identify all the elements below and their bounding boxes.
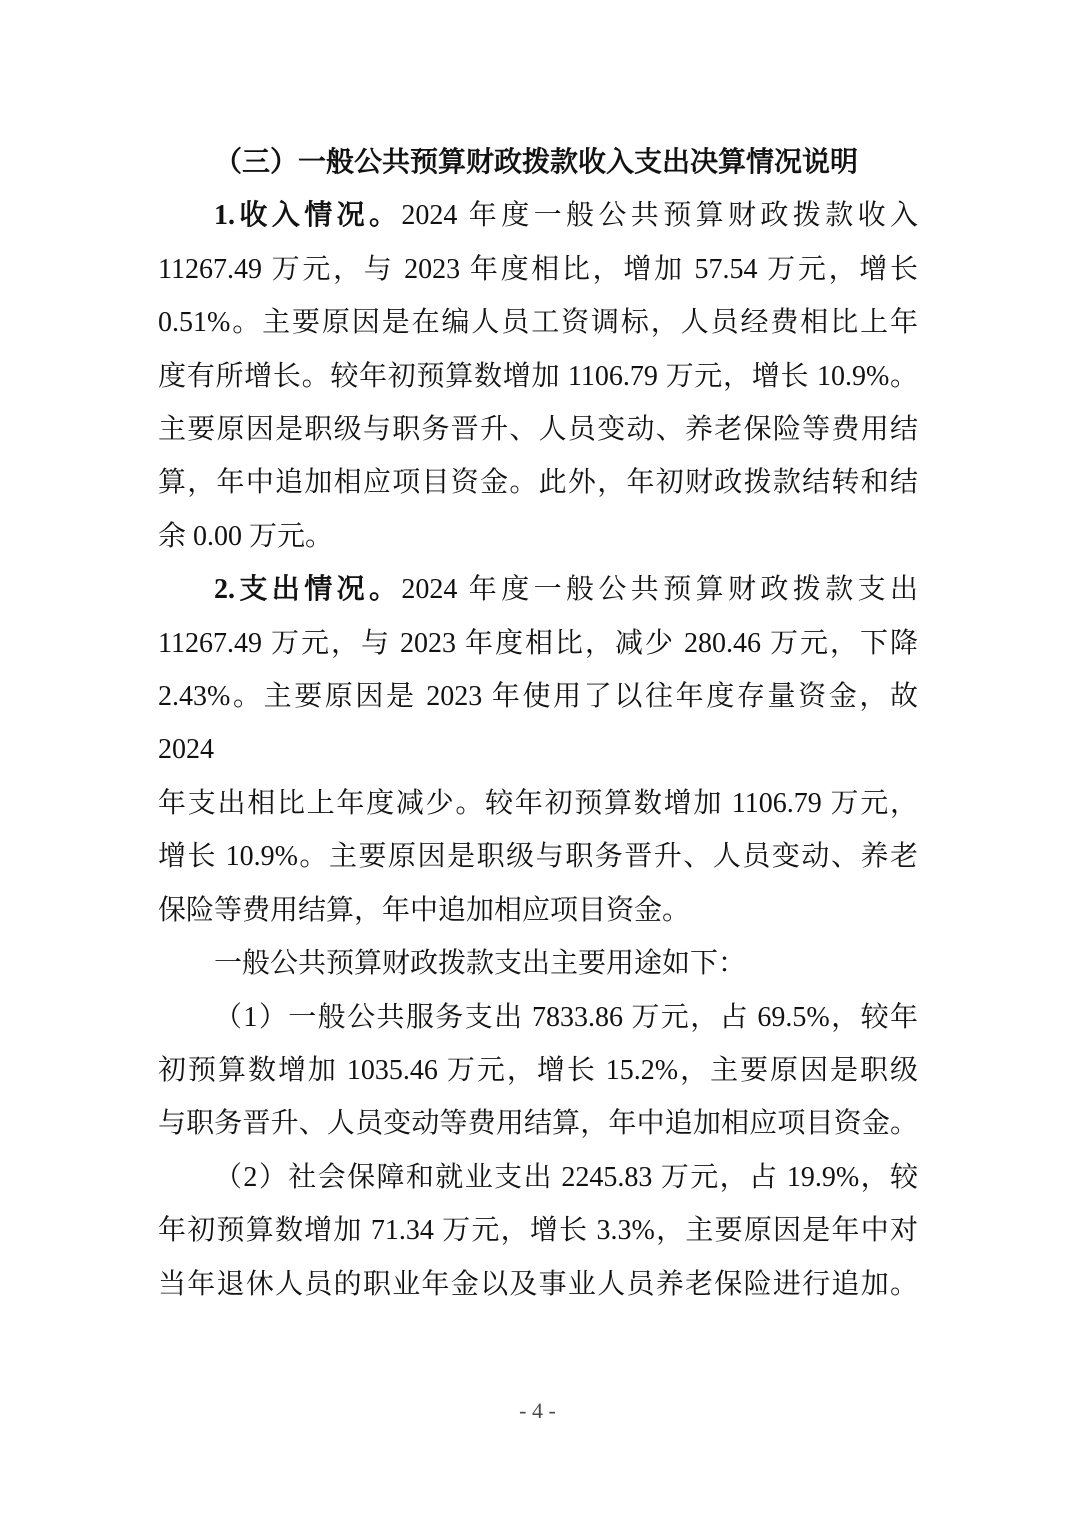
text-line: 0.51%。主要原因是在编人员工资调标，人员经费相比上年 [158, 296, 918, 349]
text-line: （1）一般公共服务支出 7833.86 万元，占 69.5%，较年 [158, 991, 918, 1044]
usage-intro-paragraph: 一般公共预算财政拨款支出主要用途如下： [158, 937, 918, 990]
section-heading: （三）一般公共预算财政拨款收入支出决算情况说明 [158, 136, 918, 189]
text-line: 2.43%。主要原因是 2023 年使用了以往年度存量资金，故 2024 [158, 670, 918, 777]
text-line-rest: 2024 年度一般公共预算财政拨款收入 [401, 200, 918, 231]
page-number: - 4 - [0, 1398, 1075, 1424]
document-body: （三）一般公共预算财政拨款收入支出决算情况说明 1.收入情况。2024 年度一般… [158, 136, 918, 1311]
income-lead: 1.收入情况。 [214, 200, 401, 231]
text-line: 当年退休人员的职业年金以及事业人员养老保险进行追加。 [158, 1258, 918, 1311]
expense-lead: 2.支出情况。 [214, 574, 401, 605]
text-line: 余 0.00 万元。 [158, 510, 918, 563]
text-line: 一般公共预算财政拨款支出主要用途如下： [158, 937, 918, 990]
text-line: 算，年中追加相应项目资金。此外，年初财政拨款结转和结 [158, 456, 918, 509]
text-line: 增长 10.9%。主要原因是职级与职务晋升、人员变动、养老 [158, 830, 918, 883]
usage-item-2-paragraph: （2）社会保障和就业支出 2245.83 万元，占 19.9%，较 年初预算数增… [158, 1151, 918, 1311]
text-line: 11267.49 万元，与 2023 年度相比，增加 57.54 万元，增长 [158, 243, 918, 296]
text-line: 与职务晋升、人员变动等费用结算，年中追加相应项目资金。 [158, 1097, 918, 1150]
text-line: 主要原因是职级与职务晋升、人员变动、养老保险等费用结 [158, 403, 918, 456]
income-paragraph: 1.收入情况。2024 年度一般公共预算财政拨款收入 11267.49 万元，与… [158, 189, 918, 563]
text-line: 1.收入情况。2024 年度一般公共预算财政拨款收入 [158, 189, 918, 242]
text-line: 2.支出情况。2024 年度一般公共预算财政拨款支出 [158, 563, 918, 616]
text-line: 年支出相比上年度减少。较年初预算数增加 1106.79 万元， [158, 777, 918, 830]
text-line: 度有所增长。较年初预算数增加 1106.79 万元，增长 10.9%。 [158, 350, 918, 403]
usage-item-1-paragraph: （1）一般公共服务支出 7833.86 万元，占 69.5%，较年 初预算数增加… [158, 991, 918, 1151]
text-line: 年初预算数增加 71.34 万元，增长 3.3%，主要原因是年中对 [158, 1204, 918, 1257]
text-line: （2）社会保障和就业支出 2245.83 万元，占 19.9%，较 [158, 1151, 918, 1204]
text-line: 保险等费用结算，年中追加相应项目资金。 [158, 884, 918, 937]
document-page: （三）一般公共预算财政拨款收入支出决算情况说明 1.收入情况。2024 年度一般… [0, 0, 1075, 1520]
text-line: 初预算数增加 1035.46 万元，增长 15.2%，主要原因是职级 [158, 1044, 918, 1097]
text-line-rest: 2024 年度一般公共预算财政拨款支出 [401, 574, 918, 605]
text-line: 11267.49 万元，与 2023 年度相比，减少 280.46 万元，下降 [158, 617, 918, 670]
expense-paragraph: 2.支出情况。2024 年度一般公共预算财政拨款支出 11267.49 万元，与… [158, 563, 918, 937]
